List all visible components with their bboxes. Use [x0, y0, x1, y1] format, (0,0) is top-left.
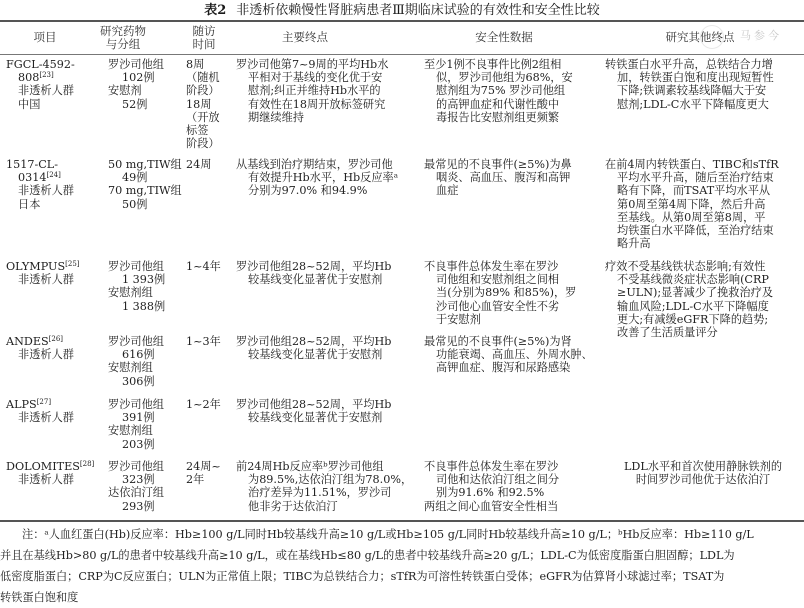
header-item-label: 项目 [34, 31, 57, 44]
followup-line: 1~4年 [186, 260, 226, 273]
header-drug-group-l1: 研究药物 [100, 25, 146, 38]
item-line: 中国 [6, 98, 90, 111]
groups-line: 安慰剂 [108, 84, 184, 97]
safety-line: 血症 [424, 184, 600, 197]
primary-line: 他非劣于达依泊汀 [236, 500, 416, 513]
reference-citation: [28] [80, 460, 94, 468]
primary-line: 有效性在18周开放标签研究 [236, 98, 416, 111]
safety-line: 不良事件总体发生率在罗沙 [424, 460, 600, 473]
other-line: 平均水平升高，随后至治疗结束 [605, 171, 801, 184]
item-line: 非透析人群 [6, 348, 90, 361]
primary-line: 前24周Hb反应率ᵇ罗沙司他组 [236, 460, 416, 473]
cell-followup: 1~3年 [186, 335, 226, 348]
header-primary: 主要终点 [230, 21, 380, 54]
cell-other: 在前4周内转铁蛋白、TIBC和sTfR平均水平升高，随后至治疗结束略有下降，而T… [605, 158, 801, 250]
table-number: 表2 [204, 3, 226, 18]
item-line: 日本 [6, 198, 90, 211]
other-line: 改善了生活质量评分 [605, 326, 801, 339]
watermark-text: 马参今 [740, 29, 782, 42]
cell-primary: 罗沙司他组28~52周，平均Hb较基线变化显著优于安慰剂 [236, 398, 416, 424]
other-line: 输血风险;LDL-C水平下降幅度 [605, 300, 801, 313]
primary-line: 期继续维持 [236, 111, 416, 124]
footnote-line: 低密度脂蛋白；CRP为C反应蛋白；ULN为正常值上限；TIBC为总铁结合力；sT… [0, 566, 800, 587]
safety-line: 最常见的不良事件(≥5%)为肾 [424, 335, 600, 348]
item-line: 808[23] [6, 71, 90, 84]
safety-line: 最常见的不良事件(≥5%)为鼻 [424, 158, 600, 171]
groups-line: 203例 [108, 438, 184, 451]
cell-safety: 不良事件总体发生率在罗沙司他组和安慰剂组之间相当(分别为89% 和85%)，罗沙… [424, 260, 600, 326]
safety-line: 别为91.6% 和92.5% [424, 486, 600, 499]
followup-line: 24周 [186, 158, 226, 171]
cell-other: 疗效不受基线铁状态影响;有效性不受基线微炎症状态影响(CRP≥ULN);显著减少… [605, 260, 801, 339]
followup-line: 1~2年 [186, 398, 226, 411]
item-line: FGCL-4592- [6, 58, 90, 71]
item-line: 非透析人群 [6, 411, 90, 424]
primary-line: 从基线到治疗期结束，罗沙司他 [236, 158, 416, 171]
header-followup: 随访时间 [186, 21, 222, 54]
other-line: 均铁蛋白水平降低，至治疗结束 [605, 224, 801, 237]
other-line: 下降;铁调素较基线降幅大于安 [605, 84, 801, 97]
groups-line: 1 393例 [108, 273, 184, 286]
cell-groups: 罗沙司他组391例安慰剂组203例 [108, 398, 184, 451]
safety-line: 两组之间心血管安全性相当 [424, 500, 600, 513]
other-line: 不受基线微炎症状态影响(CRP [605, 273, 801, 286]
safety-line: 至少1例不良事件比例2组相 [424, 58, 600, 71]
reference-citation: [27] [37, 398, 51, 406]
reference-citation: [24] [46, 171, 60, 179]
cell-followup: 1~2年 [186, 398, 226, 411]
cell-followup: 24周 [186, 158, 226, 171]
other-line: ≥ULN);显著减少了挽救治疗及 [605, 286, 801, 299]
primary-line: 治疗差异为11.51%，罗沙司 [236, 486, 416, 499]
safety-line: 的高钾血症和代谢性酸中 [424, 98, 600, 111]
other-line: 至基线。从第0周至第8周，平 [605, 211, 801, 224]
cell-safety: 最常见的不良事件(≥5%)为肾功能衰竭、高血压、外周水肿、高钾血症、腹泻和尿路感… [424, 335, 600, 375]
other-line: 在前4周内转铁蛋白、TIBC和sTfR [605, 158, 801, 171]
cell-item: OLYMPUS[25]非透析人群 [6, 260, 90, 286]
cell-primary: 从基线到治疗期结束，罗沙司他有效提升Hb水平，Hb反应率ᵃ分别为97.0% 和9… [236, 158, 416, 198]
groups-line: 安慰剂组 [108, 286, 184, 299]
primary-line: 罗沙司他组28~52周，平均Hb [236, 398, 416, 411]
cell-groups: 罗沙司他组1 393例安慰剂组1 388例 [108, 260, 184, 313]
followup-line: （随机 [186, 71, 226, 84]
safety-line: 不良事件总体发生率在罗沙 [424, 260, 600, 273]
primary-line: 较基线变化显著优于安慰剂 [236, 411, 416, 424]
groups-line: 52例 [108, 98, 184, 111]
other-line: 略有下降，而TSAT平均水平从 [605, 184, 801, 197]
primary-line: 较基线变化显著优于安慰剂 [236, 273, 416, 286]
header-item: 项目 [10, 21, 80, 54]
primary-line: 罗沙司他第7~9周的平均Hb水 [236, 58, 416, 71]
cell-primary: 罗沙司他第7~9周的平均Hb水平相对于基线的变化优于安慰剂;纠正并维持Hb水平的… [236, 58, 416, 124]
header-primary-label: 主要终点 [282, 31, 328, 44]
item-line: ANDES[26] [6, 335, 90, 348]
cell-followup: 8周（随机阶段）18周（开放标签阶段） [186, 58, 226, 150]
cell-safety: 至少1例不良事件比例2组相似，罗沙司他组为68%，安慰剂组为75% 罗沙司他组的… [424, 58, 600, 124]
item-line: 1517-CL- [6, 158, 90, 171]
other-line: LDL水平和首次使用静脉铁剂的 [605, 460, 801, 473]
cell-primary: 罗沙司他组28~52周，平均Hb较基线变化显著优于安慰剂 [236, 335, 416, 361]
reference-citation: [25] [65, 260, 79, 268]
followup-line: 2年 [186, 473, 226, 486]
cell-item: 1517-CL-0314[24]非透析人群日本 [6, 158, 90, 211]
safety-line: 毒报告比安慰剂组更频繁 [424, 111, 600, 124]
table-title: 非透析依赖慢性肾脏病患者Ⅲ期临床试验的有效性和安全性比较 [236, 3, 600, 18]
other-line: 疗效不受基线铁状态影响;有效性 [605, 260, 801, 273]
groups-line: 罗沙司他组 [108, 335, 184, 348]
reference-citation: [23] [39, 71, 53, 79]
groups-line: 616例 [108, 348, 184, 361]
cell-safety: 最常见的不良事件(≥5%)为鼻咽炎、高血压、腹泻和高钾血症 [424, 158, 600, 198]
groups-line: 50例 [108, 198, 184, 211]
cell-groups: 罗沙司他组102例安慰剂52例 [108, 58, 184, 111]
cell-groups: 50 mg,TIW组49例70 mg,TIW组50例 [108, 158, 184, 211]
followup-line: 1~3年 [186, 335, 226, 348]
header-drug-group-l2: 与分组 [100, 38, 146, 51]
cell-other: LDL水平和首次使用静脉铁剂的时间罗沙司他优于达依泊汀 [605, 460, 801, 486]
header-drug-group: 研究药物与分组 [88, 21, 158, 54]
primary-line: 罗沙司他组28~52周，平均Hb [236, 335, 416, 348]
item-line: 0314[24] [6, 171, 90, 184]
primary-line: 有效提升Hb水平，Hb反应率ᵃ [236, 171, 416, 184]
primary-line: 较基线变化显著优于安慰剂 [236, 348, 416, 361]
cell-groups: 罗沙司他组616例安慰剂组306例 [108, 335, 184, 388]
groups-line: 罗沙司他组 [108, 58, 184, 71]
item-line: 非透析人群 [6, 273, 90, 286]
followup-line: 18周 [186, 98, 226, 111]
followup-line: （开放 [186, 111, 226, 124]
cell-primary: 前24周Hb反应率ᵇ罗沙司他组为89.5%,达依泊汀组为78.0%，治疗差异为1… [236, 460, 416, 513]
followup-line: 24周~ [186, 460, 226, 473]
other-line: 加，转铁蛋白饱和度出现短暂性 [605, 71, 801, 84]
cell-item: DOLOMITES[28]非透析人群 [6, 460, 90, 486]
groups-line: 安慰剂组 [108, 424, 184, 437]
header-rule [0, 54, 804, 55]
cell-other: 转铁蛋白水平升高，总铁结合力增加，转铁蛋白饱和度出现短暂性下降;铁调素较基线降幅… [605, 58, 801, 111]
item-line: OLYMPUS[25] [6, 260, 90, 273]
safety-line: 司他组和安慰剂组之间相 [424, 273, 600, 286]
groups-line: 306例 [108, 375, 184, 388]
safety-line: 似，罗沙司他组为68%，安 [424, 71, 600, 84]
groups-line: 293例 [108, 500, 184, 513]
groups-line: 50 mg,TIW组 [108, 158, 184, 171]
cell-followup: 1~4年 [186, 260, 226, 273]
safety-line: 慰剂组为75% 罗沙司他组 [424, 84, 600, 97]
followup-line: 阶段） [186, 84, 226, 97]
cell-item: ANDES[26]非透析人群 [6, 335, 90, 361]
cell-item: FGCL-4592-808[23]非透析人群中国 [6, 58, 90, 111]
safety-line: 高钾血症、腹泻和尿路感染 [424, 361, 600, 374]
header-safety: 安全性数据 [414, 21, 594, 54]
primary-line: 为89.5%,达依泊汀组为78.0%， [236, 473, 416, 486]
other-line: 略升高 [605, 237, 801, 250]
other-line: 慰剂;LDL-C水平下降幅度更大 [605, 98, 801, 111]
cell-item: ALPS[27]非透析人群 [6, 398, 90, 424]
cell-groups: 罗沙司他组323例达依泊汀组293例 [108, 460, 184, 513]
followup-line: 8周 [186, 58, 226, 71]
reference-citation: [26] [49, 335, 63, 343]
item-line: DOLOMITES[28] [6, 460, 90, 473]
groups-line: 1 388例 [108, 300, 184, 313]
groups-line: 323例 [108, 473, 184, 486]
safety-line: 司他和达依泊汀组之间分 [424, 473, 600, 486]
bottom-rule [0, 520, 804, 522]
followup-line: 阶段） [186, 137, 226, 150]
safety-line: 功能衰竭、高血压、外周水肿、 [424, 348, 600, 361]
primary-line: 罗沙司他组28~52周，平均Hb [236, 260, 416, 273]
primary-line: 慰剂;纠正并维持Hb水平的 [236, 84, 416, 97]
cell-followup: 24周~2年 [186, 460, 226, 486]
groups-line: 49例 [108, 171, 184, 184]
watermark-seal-icon [700, 25, 724, 49]
other-line: 转铁蛋白水平升高，总铁结合力增 [605, 58, 801, 71]
footnote-line: 并且在基线Hb>80 g/L的患者中较基线升高≥10 g/L，或在基线Hb≤80… [0, 545, 800, 566]
other-line: 更大;有减缓eGFR下降的趋势; [605, 313, 801, 326]
header-followup-l2: 时间 [193, 38, 216, 51]
header-safety-label: 安全性数据 [475, 31, 533, 44]
footnote-line: 注：ᵃ人血红蛋白(Hb)反应率：Hb≥100 g/L同时Hb较基线升高≥10 g… [0, 524, 800, 545]
footnote-line: 转铁蛋白饱和度 [0, 587, 800, 608]
header-followup-l1: 随访 [193, 25, 216, 38]
groups-line: 安慰剂组 [108, 361, 184, 374]
table-footnote: 注：ᵃ人血红蛋白(Hb)反应率：Hb≥100 g/L同时Hb较基线升高≥10 g… [0, 524, 800, 608]
groups-line: 达依泊汀组 [108, 486, 184, 499]
cell-primary: 罗沙司他组28~52周，平均Hb较基线变化显著优于安慰剂 [236, 260, 416, 286]
item-line: ALPS[27] [6, 398, 90, 411]
primary-line: 分别为97.0% 和94.9% [236, 184, 416, 197]
safety-line: 咽炎、高血压、腹泻和高钾 [424, 171, 600, 184]
safety-line: 沙司他心血管安全性不劣 [424, 300, 600, 313]
safety-line: 当(分别为89% 和85%)，罗 [424, 286, 600, 299]
other-line: 第0周至第4周下降，然后升高 [605, 198, 801, 211]
cell-safety: 不良事件总体发生率在罗沙司他和达依泊汀组之间分别为91.6% 和92.5%两组之… [424, 460, 600, 513]
groups-line: 391例 [108, 411, 184, 424]
followup-line: 标签 [186, 124, 226, 137]
item-line: 非透析人群 [6, 84, 90, 97]
item-line: 非透析人群 [6, 473, 90, 486]
groups-line: 70 mg,TIW组 [108, 184, 184, 197]
groups-line: 罗沙司他组 [108, 460, 184, 473]
groups-line: 罗沙司他组 [108, 260, 184, 273]
table-caption: 表2非透析依赖慢性肾脏病患者Ⅲ期临床试验的有效性和安全性比较 [0, 3, 804, 19]
groups-line: 罗沙司他组 [108, 398, 184, 411]
primary-line: 平相对于基线的变化优于安 [236, 71, 416, 84]
other-line: 时间罗沙司他优于达依泊汀 [605, 473, 801, 486]
safety-line: 于安慰剂 [424, 313, 600, 326]
item-line: 非透析人群 [6, 184, 90, 197]
groups-line: 102例 [108, 71, 184, 84]
